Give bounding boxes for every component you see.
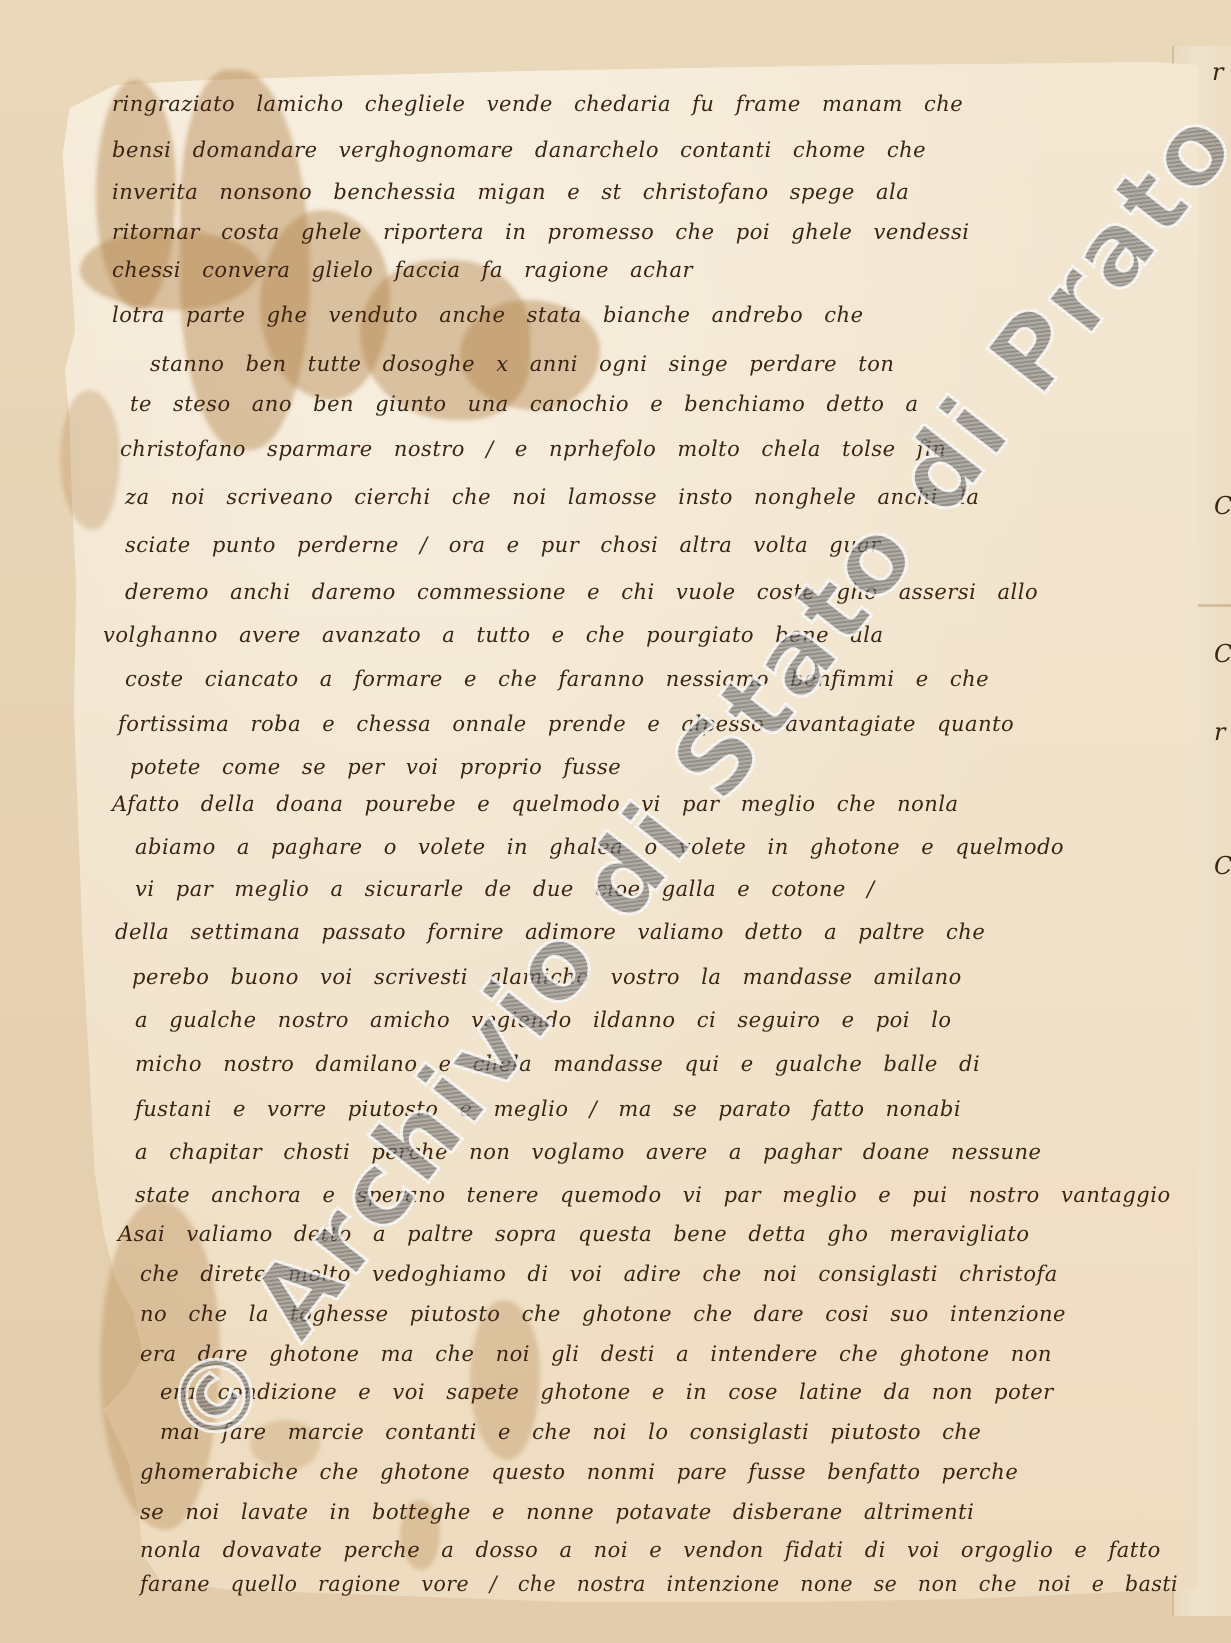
manuscript-line: bensi domandare verghognomare danarchelo… (112, 138, 926, 162)
manuscript-line: Afatto della doana pourebe e quelmodo vi… (112, 792, 959, 816)
manuscript-line: fustani e vorre piutosto e meglio / ma s… (135, 1097, 961, 1121)
manuscript-line: Asai valiamo detto a paltre sopra questa… (118, 1222, 1030, 1246)
manuscript-line: micho nostro damilano e chela mandasse q… (135, 1052, 980, 1076)
manuscript-line: potete come se per voi proprio fusse (130, 755, 621, 779)
manuscript-line: chessi convera glielo faccia fa ragione … (112, 258, 693, 282)
manuscript-line: a gualche nostro amicho vegiendo ildanno… (135, 1008, 952, 1032)
manuscript-line: christofano sparmare nostro / e nprhefol… (120, 437, 946, 461)
manuscript-line: della settimana passato fornire adimore … (115, 920, 985, 944)
margin-mark: C (1214, 492, 1231, 520)
manuscript-line: no che la toghesse piutosto che ghotone … (140, 1302, 1066, 1326)
manuscript-line: perebo buono voi scrivesti alamicho vost… (132, 965, 962, 989)
manuscript-line: era dare ghotone ma che noi gli desti a … (140, 1342, 1052, 1366)
manuscript-line: stanno ben tutte dosoghe x anni ogni sin… (150, 352, 894, 376)
margin-mark: r (1214, 718, 1225, 746)
manuscript-line: coste ciancato a formare e che faranno n… (125, 667, 989, 691)
manuscript-line: sciate punto perderne / ora e pur chosi … (125, 533, 881, 557)
manuscript-line: se noi lavate in botteghe e nonne potava… (140, 1500, 974, 1524)
manuscript-line: farane quello ragione vore / che nostra … (140, 1572, 1178, 1596)
manuscript-line: che direte molto vedoghiamo di voi adire… (140, 1262, 1058, 1286)
manuscript-line: vi par meglio a sicurarle de due cioe ga… (135, 877, 875, 901)
manuscript-line: abiamo a paghare o volete in ghalea o vo… (135, 835, 1064, 859)
manuscript-line: ghomerabiche che ghotone questo nonmi pa… (140, 1460, 1018, 1484)
margin-mark: C (1214, 852, 1231, 880)
manuscript-line: inverita nonsono benchessia migan e st c… (112, 180, 909, 204)
manuscript-line: state anchora e sperano tenere quemodo v… (135, 1183, 1171, 1207)
margin-mark: r (1212, 58, 1223, 86)
manuscript-line: za noi scriveano cierchi che noi lamosse… (125, 485, 979, 509)
manuscript-line: volghanno avere avanzato a tutto e che p… (103, 623, 884, 647)
manuscript-line: mai fare marcie contanti e che noi lo co… (160, 1420, 981, 1444)
handwritten-text: ringraziato lamicho chegliele vende ched… (0, 0, 1231, 1643)
manuscript-line: lotra parte ghe venduto anche stata bian… (112, 303, 864, 327)
manuscript-line: fortissima roba e chessa onnale prende e… (118, 712, 1014, 736)
manuscript-scan: ringraziato lamicho chegliele vende ched… (0, 0, 1231, 1643)
manuscript-line: nonla dovavate perche a dosso a noi e ve… (140, 1538, 1161, 1562)
manuscript-line: era condizione e voi sapete ghotone e in… (160, 1380, 1054, 1404)
manuscript-line: deremo anchi daremo commessione e chi vu… (125, 580, 1038, 604)
manuscript-line: ringraziato lamicho chegliele vende ched… (112, 92, 963, 116)
manuscript-line: ritornar costa ghele riportera in promes… (112, 220, 969, 244)
manuscript-line: te steso ano ben giunto una canochio e b… (130, 392, 919, 416)
manuscript-line: a chapitar chosti perche non voglamo ave… (135, 1140, 1042, 1164)
margin-mark: C (1214, 640, 1231, 668)
